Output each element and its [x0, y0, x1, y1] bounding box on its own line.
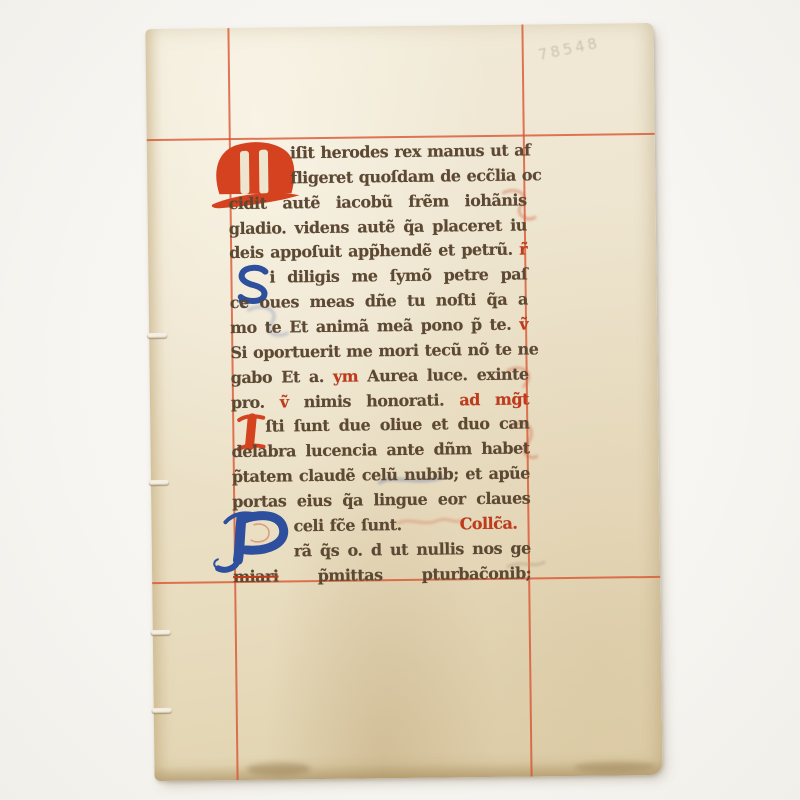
text-segment-ink: Aurea luce. exinte: [367, 364, 529, 385]
text-line: miari p̃mittas pturbac̃onib;: [233, 561, 531, 589]
sewing-stitch: [149, 480, 169, 485]
text-segment-ink: delabra lucencia ante dñm habet: [231, 439, 529, 462]
photo-backdrop: 78548: [0, 0, 800, 800]
text-segment-ink: fligeret quoſdam de ecc̃lia oc: [290, 165, 541, 187]
text-segment-ink: gladio. videns autẽ q̃a placeret iu: [229, 215, 527, 238]
text-segment-ink: gabo Et a.: [231, 367, 333, 387]
text-line: iſit herodes rex manus ut af: [228, 138, 526, 166]
pencil-inscription: 78548: [537, 34, 602, 64]
text-line: p̃tatem claudẽ celũ nubib; et apũe: [232, 462, 530, 490]
text-line: rã q̃s o. d ut nullis nos ge: [233, 536, 531, 564]
text-line: cidit autẽ iacobũ frẽm iohãnis: [228, 188, 526, 216]
text-line: fligeret quoſdam de ecc̃lia oc: [228, 163, 526, 191]
text-segment-ink: pro.: [231, 392, 280, 412]
text-line: i diligis me ſymõ petre paſ: [229, 263, 527, 291]
text-line: ce oues meas dñe tu noſti q̃a a: [230, 288, 528, 316]
text-segment-ink: iſit herodes rex manus ut af: [290, 140, 531, 162]
text-segment-ink: ce oues meas dñe tu noſti q̃a a: [230, 290, 528, 313]
text-segment-ink: mo te Et animã meã pono p̃ te.: [230, 315, 519, 338]
text-line: gladio. videns autẽ q̃a placeret iu: [229, 213, 527, 241]
text-segment-ink: i diligis me ſymõ petre paſ: [269, 265, 527, 287]
text-segment-ink: rã q̃s o. d ut nullis nos ge: [294, 538, 531, 560]
text-segment-strike: miari: [233, 566, 279, 586]
text-segment-ink: ſti ſunt due oliue et duo can: [265, 414, 529, 436]
text-segment-ink: deis appoſuit app̃hendẽ et petrũ.: [229, 240, 519, 263]
text-line: Si oportuerit me mori tecũ nõ te ne: [230, 337, 528, 365]
sewing-stitch: [152, 708, 172, 713]
text-segment-ink: cidit autẽ iacobũ frẽm iohãnis: [228, 190, 526, 213]
text-segment-red: r̃: [519, 240, 527, 259]
text-segment-ink: portas eius q̃a lingue eor claues: [232, 488, 530, 511]
text-segment-red: ṽ: [280, 392, 304, 411]
text-line: celi fc̃e ſunt.Collc̃a.: [232, 511, 530, 539]
sewing-stitch: [151, 630, 171, 635]
text-segment-red: ym: [333, 366, 368, 385]
manuscript-leaf: 78548: [145, 23, 662, 781]
text-line: deis appoſuit app̃hendẽ et petrũ. r̃: [229, 238, 527, 266]
text-line: pro. ṽ nimis honorati. ad mg̃t: [231, 387, 529, 415]
text-segment-red: ṽ: [519, 314, 528, 333]
text-segment-ink: p̃mittas pturbac̃onib;: [278, 563, 531, 585]
text-block: iſit herodes rex manus ut affligeret quo…: [228, 138, 531, 589]
text-line: portas eius q̃a lingue eor claues: [232, 486, 530, 514]
text-segment-red: Collc̃a.: [460, 514, 518, 534]
text-line: ſti ſunt due oliue et duo can: [231, 412, 529, 440]
text-segment-ink: Si oportuerit me mori tecũ nõ te ne: [230, 339, 538, 362]
sewing-stitch: [147, 333, 167, 338]
text-segment-red: ad mg̃t: [459, 389, 529, 409]
text-line: mo te Et animã meã pono p̃ te. ṽ: [230, 312, 528, 340]
text-segment-ink: nimis honorati.: [304, 390, 460, 411]
leaf-tanned-left-edge: [145, 29, 170, 781]
text-line: gabo Et a. ym Aurea luce. exinte: [231, 362, 529, 390]
text-segment-ink: celi fc̃e ſunt.: [293, 515, 401, 535]
text-segment-ink: p̃tatem claudẽ celũ nubib; et apũe: [232, 464, 530, 487]
text-line: delabra lucencia ante dñm habet: [231, 437, 529, 465]
